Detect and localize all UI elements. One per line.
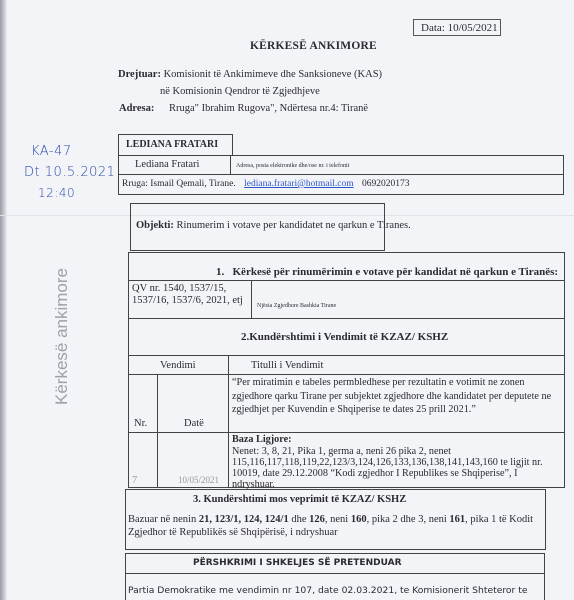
address-label: Adresa: xyxy=(119,103,154,114)
address-row: Adresa: Rruga" Ibrahim Rugova", Ndërtesa… xyxy=(119,103,368,114)
section4-heading: PËRSHKRIMI I SHKELJES SË PRETENDUAR xyxy=(193,558,402,568)
date-label: Data: 10/05/2021 xyxy=(421,22,498,34)
addressed-label: Drejtuar: xyxy=(118,69,161,80)
addressed-to: Drejtuar: Komisionit të Ankimimeve dhe S… xyxy=(118,69,382,80)
section3-heading: 3. Kundërshtimi mos veprimit të KZAZ/ KS… xyxy=(193,494,406,505)
applicant-phone: 0692020173 xyxy=(362,179,410,189)
handwritten-time: 12:40 xyxy=(38,186,75,200)
section1-heading: 1. Kërkesë për rinumërimin e votave për … xyxy=(216,266,558,278)
section2-heading: 2.Kundërshtimi i Vendimit të KZAZ/ KSHZ xyxy=(241,331,448,343)
handwritten-date: Dt 10.5.2021 xyxy=(24,165,115,180)
section4-text: Partia Demokratike me vendimin nr 107, d… xyxy=(128,585,528,596)
address-value: Rruga" Ibrahim Rugova", Ndërtesa nr.4: T… xyxy=(169,103,368,114)
object-row: Objekti: Rinumerim i votave per kandidat… xyxy=(136,220,411,231)
decision-nr: 7 xyxy=(132,475,137,486)
col-vendimi: Vendimi xyxy=(160,360,196,371)
col-nr: Nr. xyxy=(134,418,147,429)
object-label: Objekti: xyxy=(136,220,174,231)
handwritten-case-number: KA-47 xyxy=(31,144,72,159)
applicant-street: Rruga: Ismail Qemali, Tirane. xyxy=(122,179,236,189)
addressed-line1: Komisionit të Ankimimeve dhe Sanksioneve… xyxy=(164,69,382,80)
qv-numbers: QV nr. 1540, 1537/15, 1537/16, 1537/6, 2… xyxy=(132,283,252,307)
scan-page-edge xyxy=(0,0,7,600)
side-watermark: Kërkesë ankimore xyxy=(52,268,72,405)
electoral-unit: Njësia Zgjedhore Bashkia Tirane xyxy=(257,303,336,309)
applicant-name-upper: LEDIANA FRATARI xyxy=(126,139,218,150)
decision-date: 10/05/2021 xyxy=(178,475,219,485)
addressed-line2: në Komisionin Qendror të Zgjedhjeve xyxy=(160,86,320,97)
date-box: Data: 10/05/2021 xyxy=(413,19,501,36)
legal-basis-label: Baza Ligjore: xyxy=(232,434,292,445)
applicant-email-link[interactable]: lediana.fratari@hotmail.com xyxy=(244,179,354,189)
section3-text: Bazuar në nenin 21, 123/1, 124, 124/1 dh… xyxy=(128,513,548,539)
contact-caption: Adresa, posta elektronike dhe/ose nr. i … xyxy=(236,163,349,169)
object-value: Rinumerim i votave per kandidatet ne qar… xyxy=(177,220,411,231)
applicant-name: Lediana Fratari xyxy=(135,159,199,170)
document-title: KËRKESË ANKIMORE xyxy=(250,40,377,52)
col-titulli: Titulli i Vendimit xyxy=(251,360,323,371)
col-date: Datë xyxy=(184,418,204,429)
legal-basis-text: Nenet: 3, 8, 21, Pika 1, germa a, neni 2… xyxy=(232,446,558,490)
decision-title: “Per miratimin e tabeles permbledhese pe… xyxy=(232,376,552,417)
applicant-contact-line: Rruga: Ismail Qemali, Tirane. lediana.fr… xyxy=(122,179,410,189)
